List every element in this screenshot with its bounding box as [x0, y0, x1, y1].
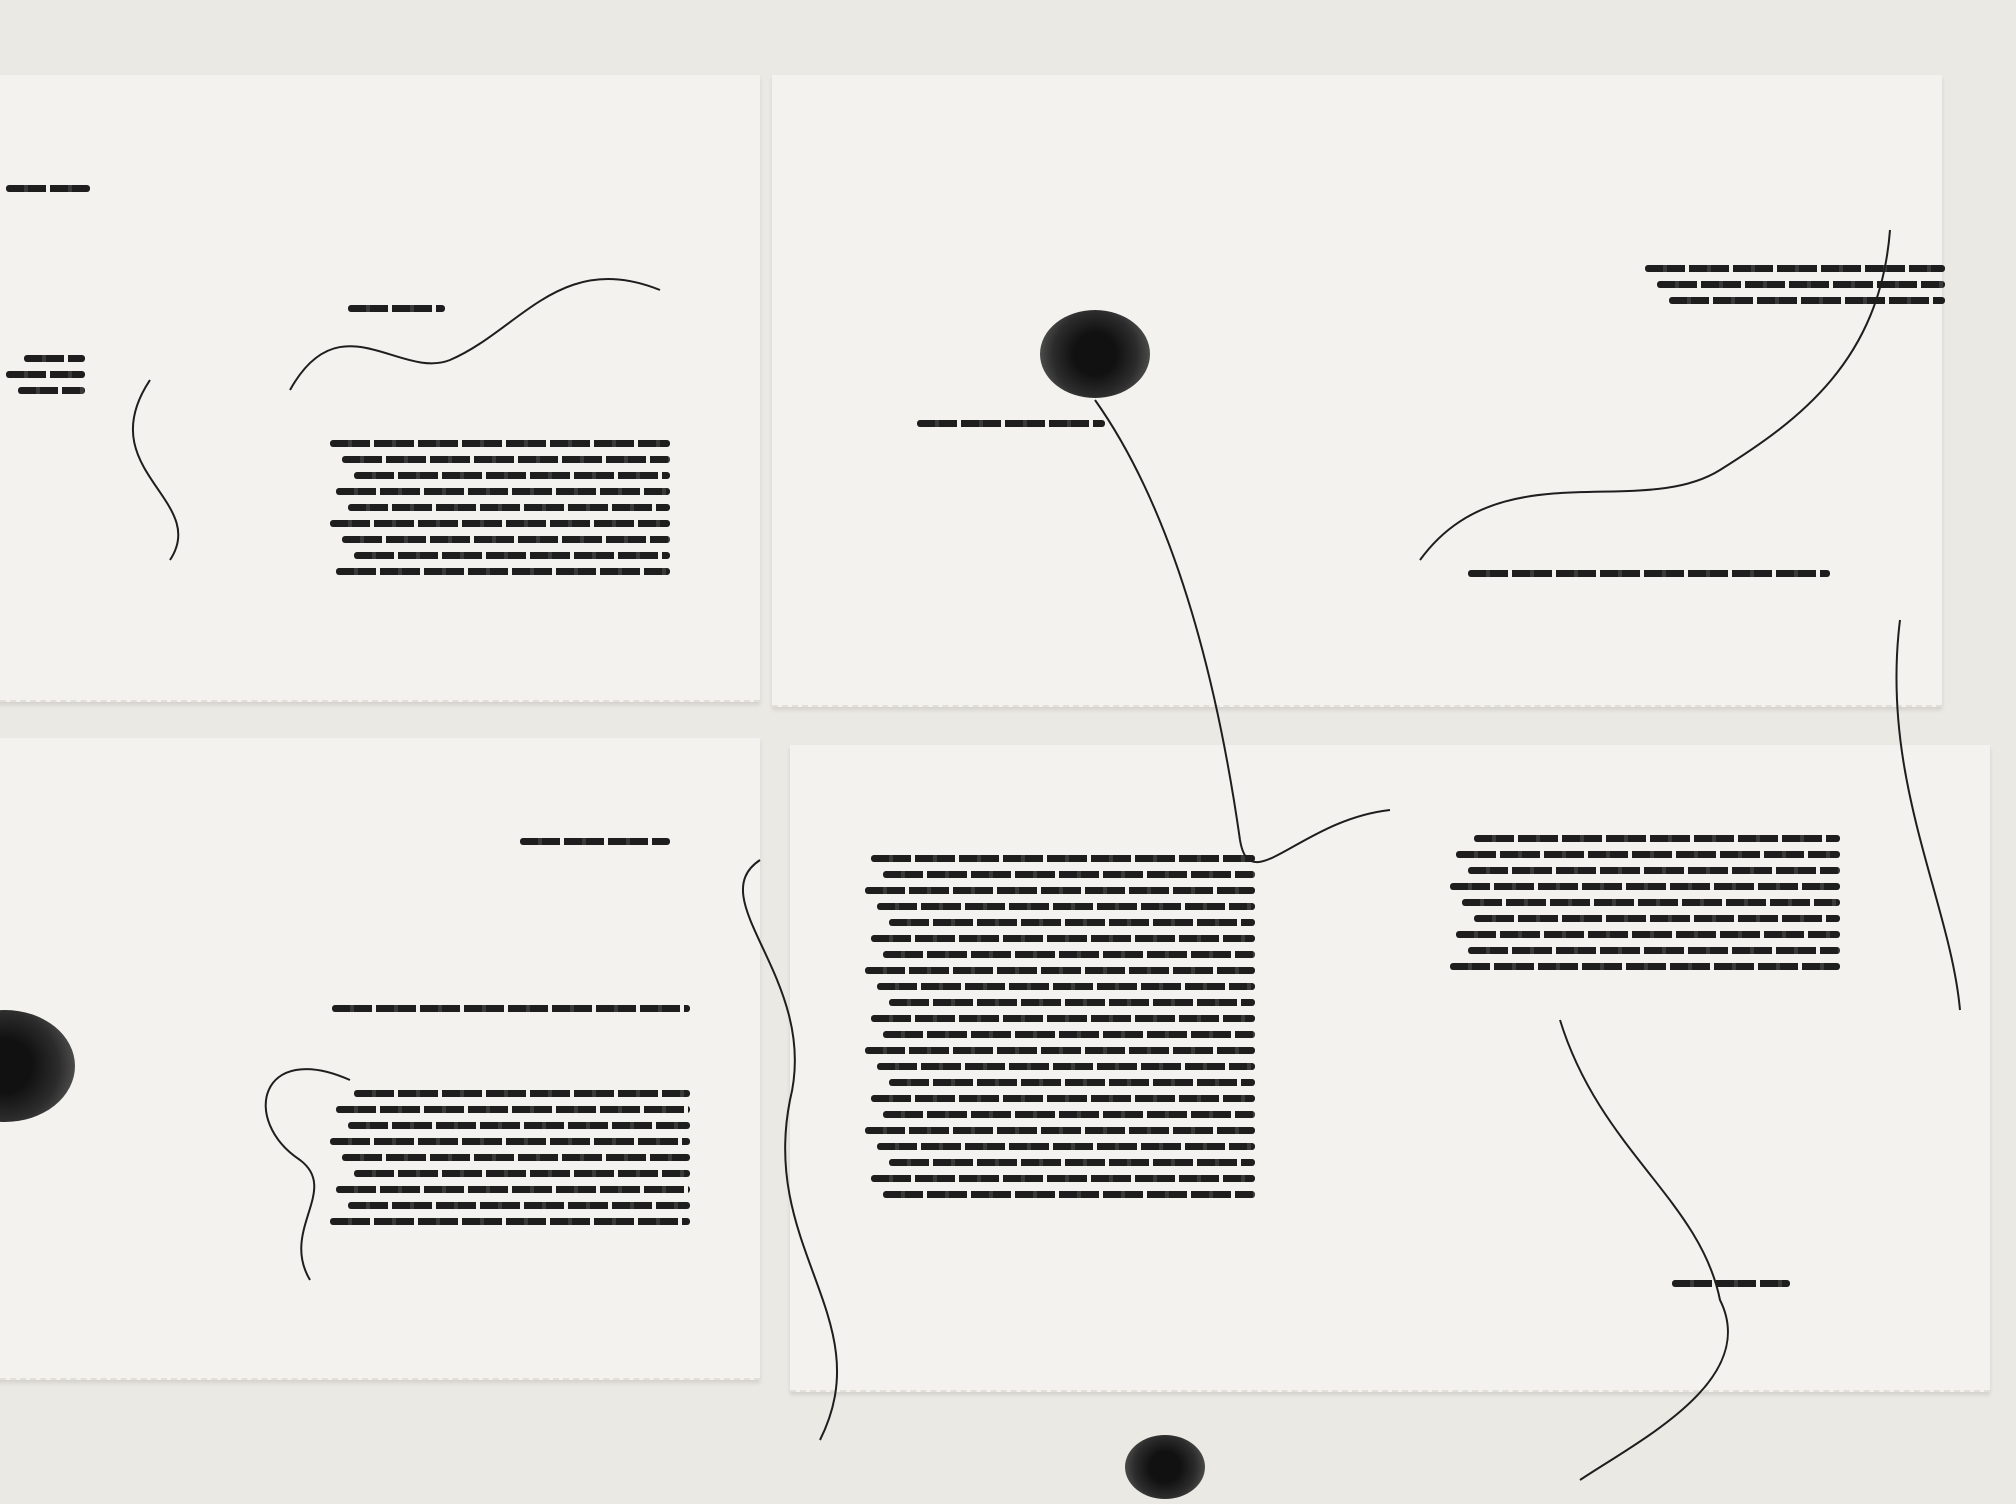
loose-thread	[133, 380, 178, 560]
loose-threads	[0, 0, 2016, 1504]
loose-thread	[1095, 400, 1390, 862]
loose-thread	[743, 860, 837, 1440]
loose-thread	[266, 1069, 350, 1280]
loose-thread	[290, 279, 660, 390]
loose-thread	[1560, 1020, 1728, 1480]
loose-thread	[1896, 620, 1960, 1010]
loose-thread	[1420, 230, 1890, 560]
